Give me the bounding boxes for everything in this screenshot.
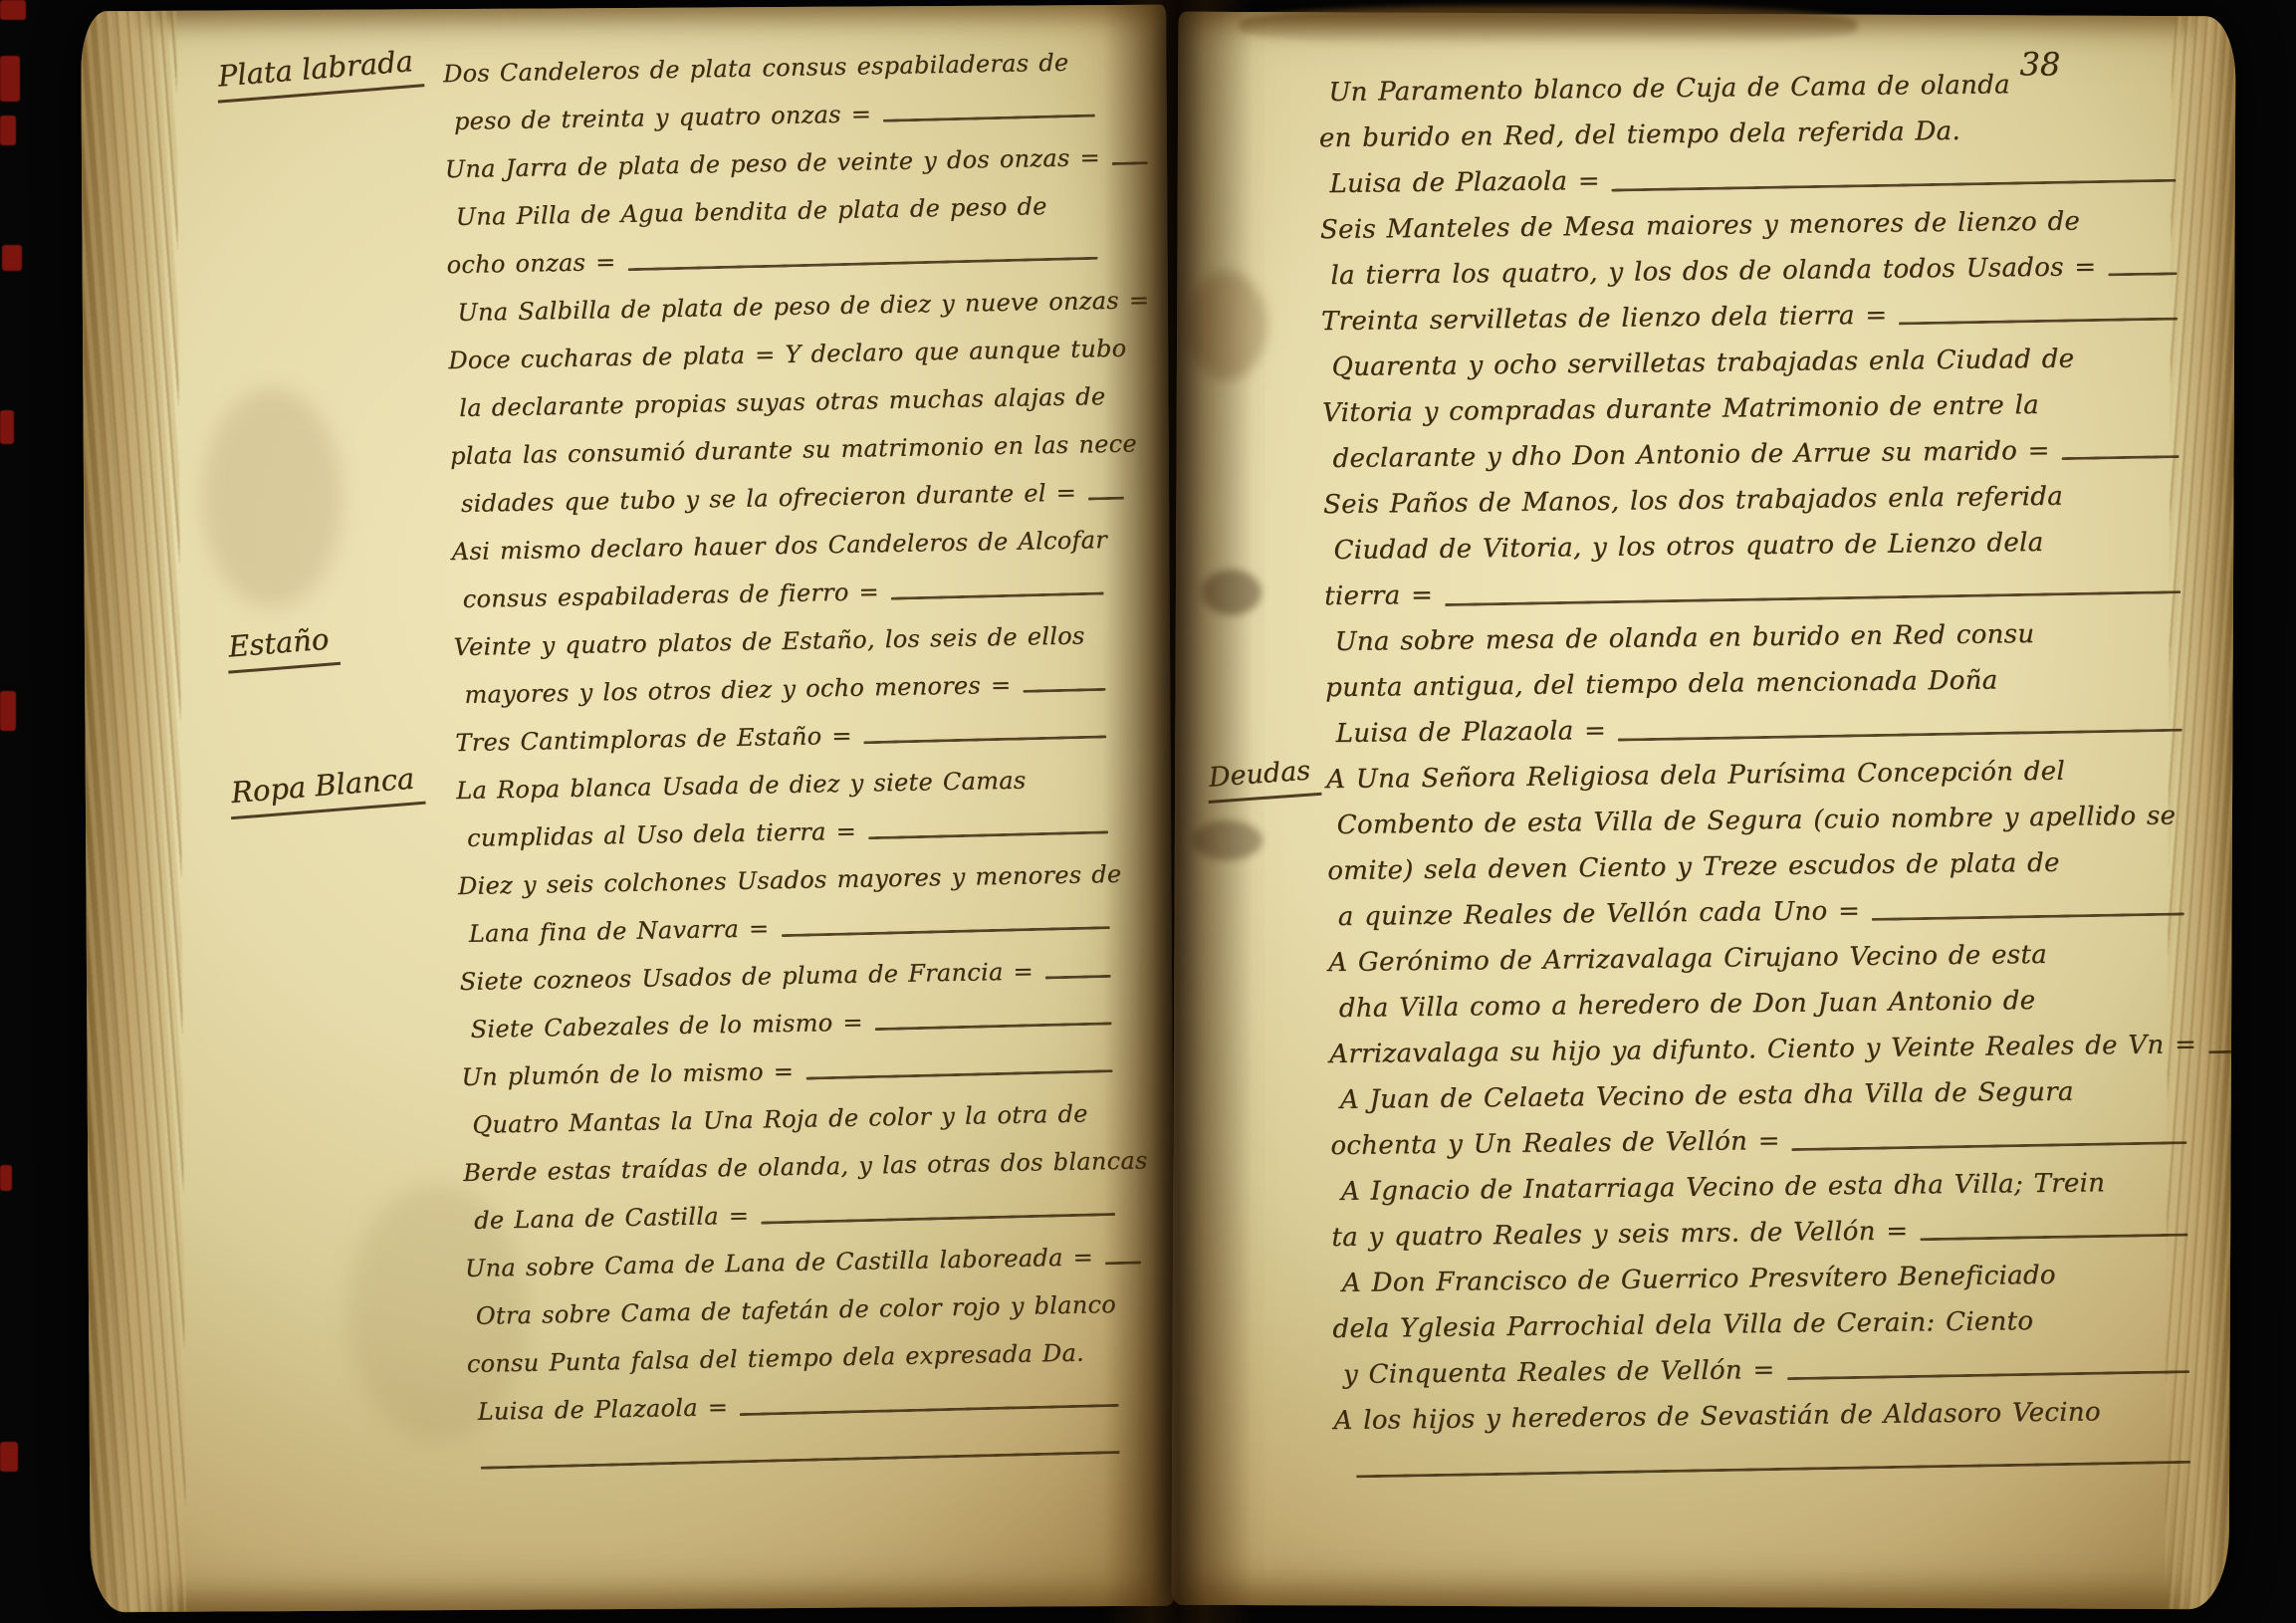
manuscript-line-text: ta y quatro Reales y seis mrs. de Vellón…: [1331, 1219, 1908, 1261]
manuscript-line: A Ignacio de Inatarriaga Vecino de esta …: [1331, 1158, 2193, 1214]
manuscript-line: Quarenta y ocho servilletas trabajadas e…: [1321, 334, 2183, 389]
ink-rule: [1612, 179, 2176, 192]
manuscript-line-text: ochenta y Un Reales de Vellón =: [1330, 1128, 1780, 1168]
manuscript-line: la tierra los quatro, y los dos de oland…: [1320, 242, 2182, 298]
manuscript-line: [1334, 1433, 2196, 1489]
manuscript-section: Plata labradaDos Candeleros de plata con…: [443, 35, 1110, 620]
manuscript-line: Combento de esta Villa de Segura (cuio n…: [1326, 792, 2188, 847]
manuscript-line: Seis Manteles de Mesa maiores y menores …: [1320, 196, 2182, 252]
manuscript-line-text: y Cinquenta Reales de Vellón =: [1343, 1357, 1775, 1397]
torn-paper-edge: [1240, 6, 1857, 46]
ink-rule: [1899, 318, 2178, 326]
manuscript-line-text: Un plumón de lo mismo =: [461, 1059, 794, 1098]
manuscript-section: Un Paramento blanco de Cuja de Cama de o…: [1318, 59, 2188, 756]
manuscript-line: Seis Paños de Manos, los dos trabajados …: [1323, 471, 2185, 527]
ink-rule: [1023, 688, 1105, 693]
ink-rule: [868, 830, 1108, 839]
ink-rule: [481, 1451, 1120, 1470]
ink-rule: [1787, 1370, 2189, 1380]
ink-rule: [781, 926, 1109, 937]
ink-rule: [883, 115, 1095, 122]
manuscript-page-left: Plata labradaDos Candeleros de plata con…: [81, 5, 1176, 1613]
ink-rule: [891, 591, 1104, 599]
manuscript-text-column: Plata labradaDos Candeleros de plata con…: [443, 35, 1126, 1481]
manuscript-text-column: Un Paramento blanco de Cuja de Cama de o…: [1318, 59, 2196, 1489]
ink-rule: [1872, 912, 2184, 920]
spine-mark: [0, 1442, 18, 1472]
margin-label: Estaño: [225, 621, 341, 674]
manuscript-section: Ropa BlancaLa Ropa blanca Usada de diez …: [456, 752, 1126, 1481]
manuscript-line: A los hijos y herederos de Sevastián de …: [1333, 1387, 2195, 1443]
ink-rule: [864, 735, 1107, 744]
manuscript-line-text: Lana fina de Navarra =: [469, 916, 770, 955]
manuscript-section: EstañoVeinte y quatro platos de Estaño, …: [453, 608, 1113, 764]
manuscript-line-text: en burido en Red, del tiempo dela referi…: [1319, 118, 1960, 160]
ink-rule: [2062, 455, 2180, 460]
manuscript-line-text: ocho onzas =: [446, 250, 616, 286]
spine-mark: [2, 245, 22, 271]
ink-rule: [1105, 1261, 1141, 1265]
manuscript-line-text: Luisa de Plazaola =: [477, 1395, 728, 1433]
margin-label: Ropa Blanca: [228, 761, 426, 819]
spine-mark: [0, 410, 14, 444]
ink-smudge: [1202, 570, 1262, 615]
spine-mark: [0, 56, 20, 102]
spine-mark: [0, 0, 26, 20]
manuscript-line-text: a quinze Reales de Vellón cada Uno =: [1338, 898, 1861, 939]
ink-rule: [1356, 1461, 2190, 1479]
manuscript-line-text: tierra =: [1324, 582, 1433, 618]
manuscript-line: A Juan de Celaeta Vecino de esta dha Vil…: [1330, 1066, 2192, 1122]
ink-rule: [761, 1213, 1115, 1225]
margin-label: Deudas: [1206, 755, 1322, 804]
manuscript-page-right: 38 Un Paramento blanco de Cuja de Cama d…: [1172, 12, 2236, 1610]
ink-rule: [805, 1069, 1112, 1080]
ink-rule: [1920, 1234, 2187, 1242]
spine-mark: [0, 1165, 12, 1191]
manuscript-section: DeudasA Una Señora Religiosa dela Purísi…: [1326, 746, 2196, 1489]
ink-rule: [740, 1404, 1118, 1416]
ink-smudge: [1193, 820, 1263, 860]
deckle-edge: [81, 11, 186, 1613]
ink-rule: [1618, 729, 2181, 742]
manuscript-line: A Una Señora Religiosa dela Purísima Con…: [1326, 746, 2188, 802]
paper-stain: [1187, 271, 1266, 380]
manuscript-line-text: Luisa de Plazaola =: [1336, 718, 1607, 756]
margin-label: Plata labrada: [215, 43, 425, 103]
ink-rule: [875, 1022, 1112, 1031]
spine-mark: [0, 116, 16, 145]
manuscript-line-text: Treinta servilletas de lienzo dela tierr…: [1321, 303, 1888, 344]
ink-rule: [628, 257, 1098, 272]
spine-mark: [0, 691, 16, 731]
manuscript-line-text: de Lana de Castilla =: [474, 1204, 750, 1242]
ink-rule: [1045, 975, 1111, 980]
ink-rule: [1445, 590, 2181, 606]
manuscript-line: Arrizavalaga su hijo ya difunto. Ciento …: [1329, 1021, 2191, 1076]
ink-rule: [1792, 1141, 2187, 1151]
manuscript-line-text: Luisa de Plazaola =: [1329, 168, 1600, 206]
ink-rule: [2108, 272, 2177, 276]
ink-rule: [1088, 497, 1124, 501]
paper-stain: [202, 388, 343, 608]
ink-rule: [1112, 161, 1148, 165]
